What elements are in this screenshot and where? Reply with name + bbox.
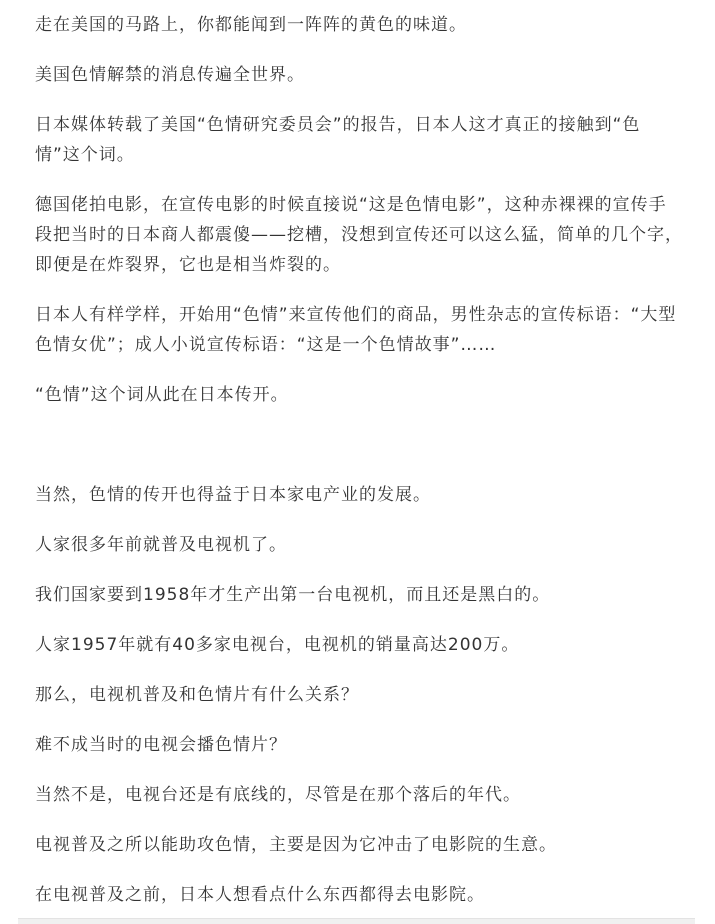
paragraph xyxy=(35,430,683,460)
paragraph: 当然不是，电视台还是有底线的，尽管是在那个落后的年代。 xyxy=(35,780,683,810)
paragraph: 人家1957年就有40多家电视台，电视机的销量高达200万。 xyxy=(35,630,683,660)
paragraph: 人家很多年前就普及电视机了。 xyxy=(35,530,683,560)
paragraph: 我们国家要到1958年才生产出第一台电视机，而且还是黑白的。 xyxy=(35,580,683,610)
paragraph: 美国色情解禁的消息传遍全世界。 xyxy=(35,60,683,90)
paragraph: 德国佬拍电影，在宣传电影的时候直接说“这是色情电影”，这种赤裸裸的宣传手段把当时… xyxy=(35,190,683,280)
paragraph: 那么，电视机普及和色情片有什么关系？ xyxy=(35,680,683,710)
paragraph: 走在美国的马路上，你都能闻到一阵阵的黄色的味道。 xyxy=(35,10,683,40)
paragraph: 日本媒体转载了美国“色情研究委员会”的报告，日本人这才真正的接触到“色情”这个词… xyxy=(35,110,683,170)
paragraph: 当然，色情的传开也得益于日本家电产业的发展。 xyxy=(35,480,683,510)
article-body: 走在美国的马路上，你都能闻到一阵阵的黄色的味道。美国色情解禁的消息传遍全世界。日… xyxy=(0,0,715,910)
article-page: 走在美国的马路上，你都能闻到一阵阵的黄色的味道。美国色情解禁的消息传遍全世界。日… xyxy=(0,0,715,924)
paragraph: 在电视普及之前，日本人想看点什么东西都得去电影院。 xyxy=(35,880,683,910)
paragraph: 难不成当时的电视会播色情片？ xyxy=(35,730,683,760)
paragraph: “色情”这个词从此在日本传开。 xyxy=(35,380,683,410)
paragraph: 电视普及之所以能助攻色情，主要是因为它冲击了电影院的生意。 xyxy=(35,830,683,860)
bottom-divider xyxy=(18,918,695,924)
paragraph: 日本人有样学样，开始用“色情”来宣传他们的商品，男性杂志的宣传标语：“大型色情女… xyxy=(35,300,683,360)
